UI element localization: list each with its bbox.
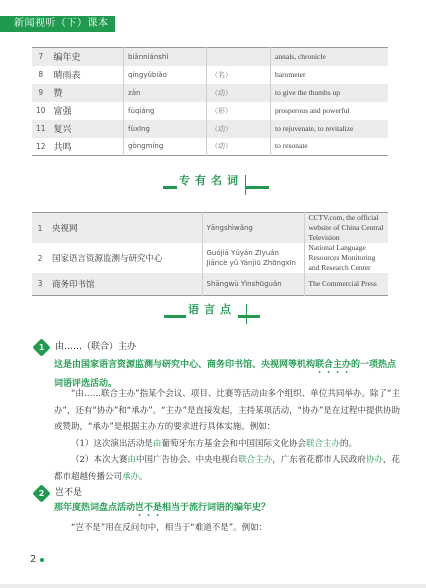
table-row: 7 编年史 biānniánshǐ annals, chronicle — [32, 48, 388, 66]
page-dot-icon — [40, 558, 44, 562]
row-number: 2 — [32, 243, 48, 273]
text: 葡萄牙东方基金会和中国国际文化协会 — [161, 439, 306, 449]
sentence-part: 相当于流行词语的编年史？ — [162, 503, 270, 513]
proper-nouns-table: 1 央视网 Yāngshìwǎng CCTV.com, the official… — [32, 212, 388, 296]
pinyin: gòngmíng — [124, 138, 207, 156]
table-row: 3 商务印书馆 Shāngwù Yìnshūguǎn The Commercia… — [32, 273, 388, 295]
row-number: 10 — [32, 102, 50, 120]
row-number: 1 — [32, 213, 48, 244]
word: 共鸣 — [50, 138, 124, 156]
table-row: 10 富强 fùqiáng （形） prosperous and powerfu… — [32, 102, 388, 120]
row-number: 12 — [32, 138, 50, 156]
part-of-speech: （形） — [207, 102, 271, 120]
emphasized-phrase: 联合主办 — [315, 360, 351, 370]
english-meaning: prosperous and powerful — [271, 102, 388, 120]
row-number: 11 — [32, 120, 50, 138]
part-of-speech: （动） — [207, 120, 271, 138]
english-meaning: The Commercial Press — [304, 273, 388, 295]
row-number: 7 — [32, 48, 50, 66]
text: 的。 — [340, 439, 357, 449]
explanation-block: “由……联合主办”指某个会议、项目、比赛等活动由多个组织、单位共同举办。除了“主… — [54, 386, 400, 485]
highlight: 联合主办 — [238, 455, 272, 465]
text: ，广东省花都市人民政府 — [272, 455, 366, 465]
pinyin: Yāngshìwǎng — [202, 213, 304, 244]
sentence-part: 这是由国家语言资源监测与研究中心、商务印书馆、央视网等机构 — [54, 360, 315, 370]
word: 央视网 — [48, 213, 202, 244]
pinyin: zàn — [124, 84, 207, 102]
word: 商务印书馆 — [48, 273, 202, 295]
english-meaning: annals, chronicle — [271, 48, 388, 66]
section-title-language-points: 语言点 — [164, 302, 260, 322]
row-number: 3 — [32, 273, 48, 295]
section-tick — [246, 304, 247, 324]
part-of-speech: （动） — [207, 84, 271, 102]
table-row: 9 赞 zàn （动） to give the thumbs up — [32, 84, 388, 102]
pinyin: qíngyǔbiǎo — [124, 66, 207, 84]
english-meaning: National Language Resources Monitoring a… — [304, 243, 388, 273]
part-of-speech: （名） — [207, 66, 271, 84]
explanation-block: “岂不是”用在反问句中，相当于“难道不是”。例如： — [54, 520, 400, 537]
point-number: 1 — [35, 341, 48, 354]
point-number: 2 — [35, 487, 48, 500]
text: 。 — [139, 472, 148, 482]
pinyin: biānniánshǐ — [124, 48, 207, 66]
section-tick — [245, 175, 246, 195]
english-meaning: to give the thumbs up — [271, 84, 388, 102]
sentence-part: 那年度热词盘点活动 — [54, 503, 135, 513]
section-title-proper-nouns: 专有名词 — [163, 173, 269, 193]
example-1: （1）这次演出活动是由葡萄牙东方基金会和中国国际文化协会联合主办的。 — [54, 436, 400, 453]
part-of-speech — [207, 48, 271, 66]
table-row: 12 共鸣 gòngmíng （动） to resonate — [32, 138, 388, 156]
point-title: 岂不是 — [55, 487, 82, 500]
row-number: 8 — [32, 66, 50, 84]
part-of-speech: （动） — [207, 138, 271, 156]
highlight: 由 — [128, 455, 137, 465]
pinyin: Guójiā Yǔyán Zīyuán Jiāncè yǔ Yánjiū Zhō… — [202, 243, 304, 273]
highlight: 承办 — [122, 472, 139, 482]
explanation-paragraph: “岂不是”用在反问句中，相当于“难道不是”。例如： — [54, 520, 400, 537]
english-meaning: to resonate — [271, 138, 388, 156]
english-meaning: to rejuvenate, to revitalize — [271, 120, 388, 138]
section-title-text: 专有名词 — [177, 173, 245, 189]
english-meaning: CCTV.com, the official website of China … — [304, 213, 388, 244]
word: 编年史 — [50, 48, 124, 66]
book-title-tab: 新闻视听（下）课本 — [0, 16, 115, 32]
text: （2）本次大赛 — [71, 455, 128, 465]
point-title: 由……（联合）主办 — [55, 341, 136, 354]
text: 中国广告协会、中央电视台 — [136, 455, 238, 465]
explanation-paragraph: “由……联合主办”指某个会议、项目、比赛等活动由多个组织、单位共同举办。除了“主… — [54, 386, 400, 436]
pinyin: fùxīng — [124, 120, 207, 138]
page-bottom-edge — [0, 584, 426, 588]
highlight: 联合主办 — [306, 439, 340, 449]
word: 国家语言资源监测与研究中心 — [48, 243, 202, 273]
pinyin: Shāngwù Yìnshūguǎn — [202, 273, 304, 295]
word: 赞 — [50, 84, 124, 102]
text: （1）这次演出活动是 — [71, 439, 153, 449]
word: 晴雨表 — [50, 66, 124, 84]
example-2: （2）本次大赛由中国广告协会、中央电视台联合主办，广东省花都市人民政府协办，花都… — [54, 452, 400, 485]
row-number: 9 — [32, 84, 50, 102]
example-sentence: 那年度热词盘点活动岂不是相当于流行词语的编年史？ — [54, 500, 399, 519]
table-row: 8 晴雨表 qíngyǔbiǎo （名） barometer — [32, 66, 388, 84]
page-number: 2 — [30, 554, 36, 565]
word: 富强 — [50, 102, 124, 120]
table-row: 2 国家语言资源监测与研究中心 Guójiā Yǔyán Zīyuán Jiān… — [32, 243, 388, 273]
emphasized-phrase: 岂不是 — [135, 503, 162, 513]
pinyin: fùqiáng — [124, 102, 207, 120]
table-row: 1 央视网 Yāngshìwǎng CCTV.com, the official… — [32, 213, 388, 244]
highlight: 协办 — [366, 455, 383, 465]
english-meaning: barometer — [271, 66, 388, 84]
table-row: 11 复兴 fùxīng （动） to rejuvenate, to revit… — [32, 120, 388, 138]
word: 复兴 — [50, 120, 124, 138]
section-title-text: 语言点 — [186, 302, 238, 318]
vocabulary-table: 7 编年史 biānniánshǐ annals, chronicle 8 晴雨… — [32, 47, 388, 156]
